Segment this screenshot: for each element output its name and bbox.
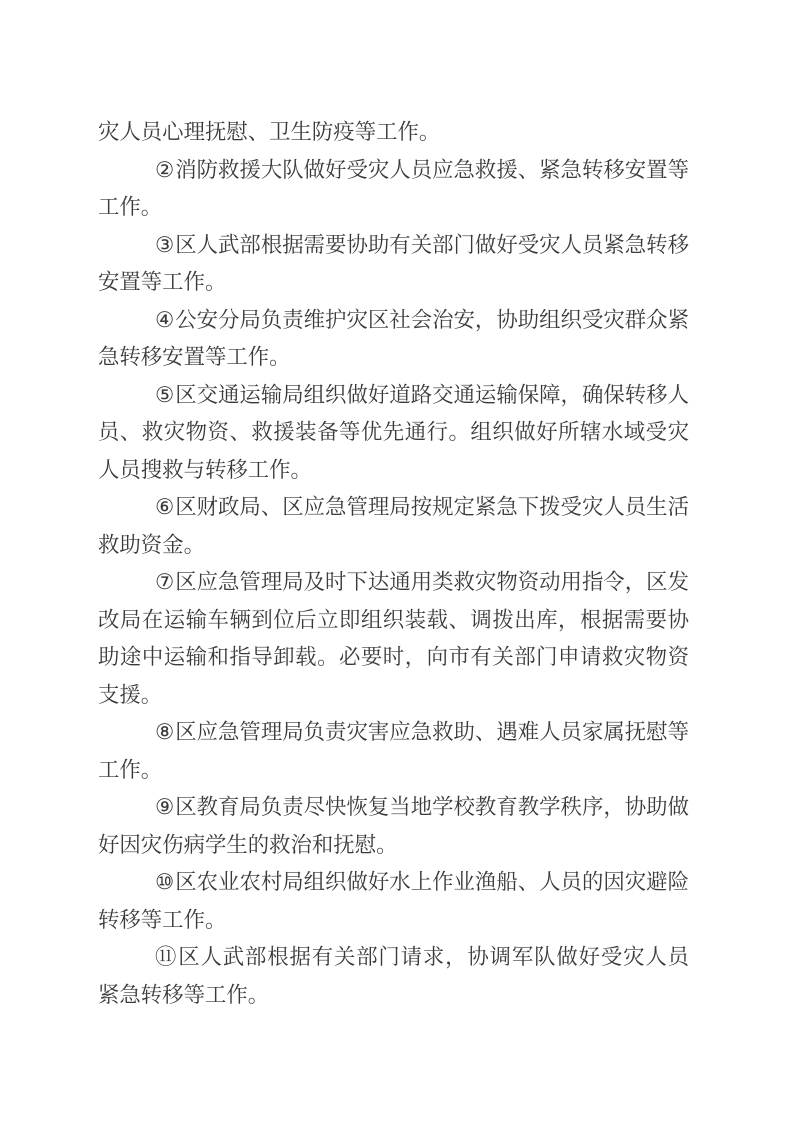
paragraph-text: 区财政局、区应急管理局按规定紧急下拨受灾人员生活救助资金。: [98, 495, 689, 557]
circled-number-marker: ⑪: [155, 945, 178, 969]
circled-number-marker: ③: [155, 233, 175, 257]
paragraph-item-7: ⑦区应急管理局及时下达通用类救灾物资动用指令，区发改局在运输车辆到位后立即组织装…: [98, 564, 689, 714]
paragraph-item-6: ⑥区财政局、区应急管理局按规定紧急下拨受灾人员生活救助资金。: [98, 489, 689, 564]
paragraph-item-9: ⑨区教育局负责尽快恢复当地学校教育教学秩序，协助做好因灾伤病学生的救治和抚慰。: [98, 789, 689, 864]
paragraph-text: 区应急管理局及时下达通用类救灾物资动用指令，区发改局在运输车辆到位后立即组织装载…: [98, 570, 689, 707]
paragraph-text: 区人武部根据需要协助有关部门做好受灾人员紧急转移安置等工作。: [98, 233, 689, 295]
paragraph-text: 区农业农村局组织做好水上作业渔船、人员的因灾避险转移等工作。: [98, 870, 689, 932]
circled-number-marker: ⑥: [155, 495, 175, 519]
document-text-column: 灾人员心理抚慰、卫生防疫等工作。 ②消防救援大队做好受灾人员应急救援、紧急转移安…: [98, 114, 689, 1014]
circled-number-marker: ⑦: [155, 570, 175, 594]
paragraph-text: 公安分局负责维护灾区社会治安，协助组织受灾群众紧急转移安置等工作。: [98, 308, 689, 370]
paragraph-text: 消防救援大队做好受灾人员应急救援、紧急转移安置等工作。: [98, 158, 689, 220]
circled-number-marker: ⑤: [155, 383, 175, 407]
paragraph-text: 区人武部根据有关部门请求，协调军队做好受灾人员紧急转移等工作。: [98, 945, 689, 1007]
paragraph-continuation: 灾人员心理抚慰、卫生防疫等工作。: [98, 114, 689, 152]
circled-number-marker: ⑨: [155, 795, 175, 819]
paragraph-text: 灾人员心理抚慰、卫生防疫等工作。: [98, 120, 440, 144]
paragraph-text: 区应急管理局负责灾害应急救助、遇难人员家属抚慰等工作。: [98, 720, 689, 782]
paragraph-item-4: ④公安分局负责维护灾区社会治安，协助组织受灾群众紧急转移安置等工作。: [98, 302, 689, 377]
paragraph-text: 区教育局负责尽快恢复当地学校教育教学秩序，协助做好因灾伤病学生的救治和抚慰。: [98, 795, 689, 857]
circled-number-marker: ②: [155, 158, 175, 182]
circled-number-marker: ⑧: [155, 720, 175, 744]
circled-number-marker: ⑩: [155, 870, 175, 894]
document-page: 灾人员心理抚慰、卫生防疫等工作。 ②消防救援大队做好受灾人员应急救援、紧急转移安…: [0, 0, 793, 1122]
paragraph-item-10: ⑩区农业农村局组织做好水上作业渔船、人员的因灾避险转移等工作。: [98, 864, 689, 939]
paragraph-item-3: ③区人武部根据需要协助有关部门做好受灾人员紧急转移安置等工作。: [98, 227, 689, 302]
paragraph-item-11: ⑪区人武部根据有关部门请求，协调军队做好受灾人员紧急转移等工作。: [98, 939, 689, 1014]
paragraph-item-8: ⑧区应急管理局负责灾害应急救助、遇难人员家属抚慰等工作。: [98, 714, 689, 789]
paragraph-text: 区交通运输局组织做好道路交通运输保障，确保转移人员、救灾物资、救援装备等优先通行…: [98, 383, 689, 482]
paragraph-item-5: ⑤区交通运输局组织做好道路交通运输保障，确保转移人员、救灾物资、救援装备等优先通…: [98, 377, 689, 490]
circled-number-marker: ④: [155, 308, 175, 332]
paragraph-item-2: ②消防救援大队做好受灾人员应急救援、紧急转移安置等工作。: [98, 152, 689, 227]
